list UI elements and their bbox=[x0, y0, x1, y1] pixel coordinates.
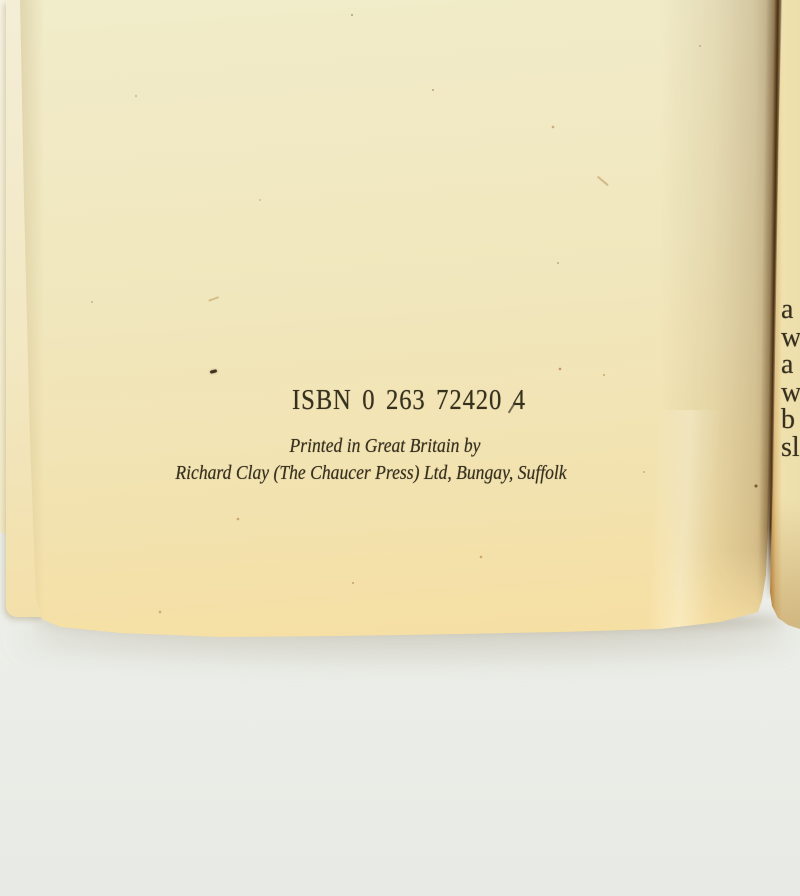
book-photo: ISBN 0 263 72420 4 Printed in Great Brit… bbox=[0, 0, 800, 896]
paper-flecks bbox=[0, 0, 800, 650]
right-page-partial-text: a w a w b sl bbox=[781, 296, 800, 462]
partial-line: b bbox=[781, 406, 800, 434]
partial-line: a bbox=[781, 351, 800, 379]
partial-line: w bbox=[781, 324, 800, 352]
colophon-line-1: Printed in Great Britain by bbox=[290, 435, 481, 458]
partial-line: sl bbox=[781, 434, 800, 462]
colophon-line-2: Richard Clay (The Chaucer Press) Ltd, Bu… bbox=[175, 462, 566, 485]
isbn-text: ISBN 0 263 72420 4 bbox=[292, 385, 526, 417]
partial-line: a bbox=[781, 296, 800, 324]
left-page: ISBN 0 263 72420 4 Printed in Great Brit… bbox=[0, 0, 800, 650]
partial-line: w bbox=[781, 379, 800, 407]
